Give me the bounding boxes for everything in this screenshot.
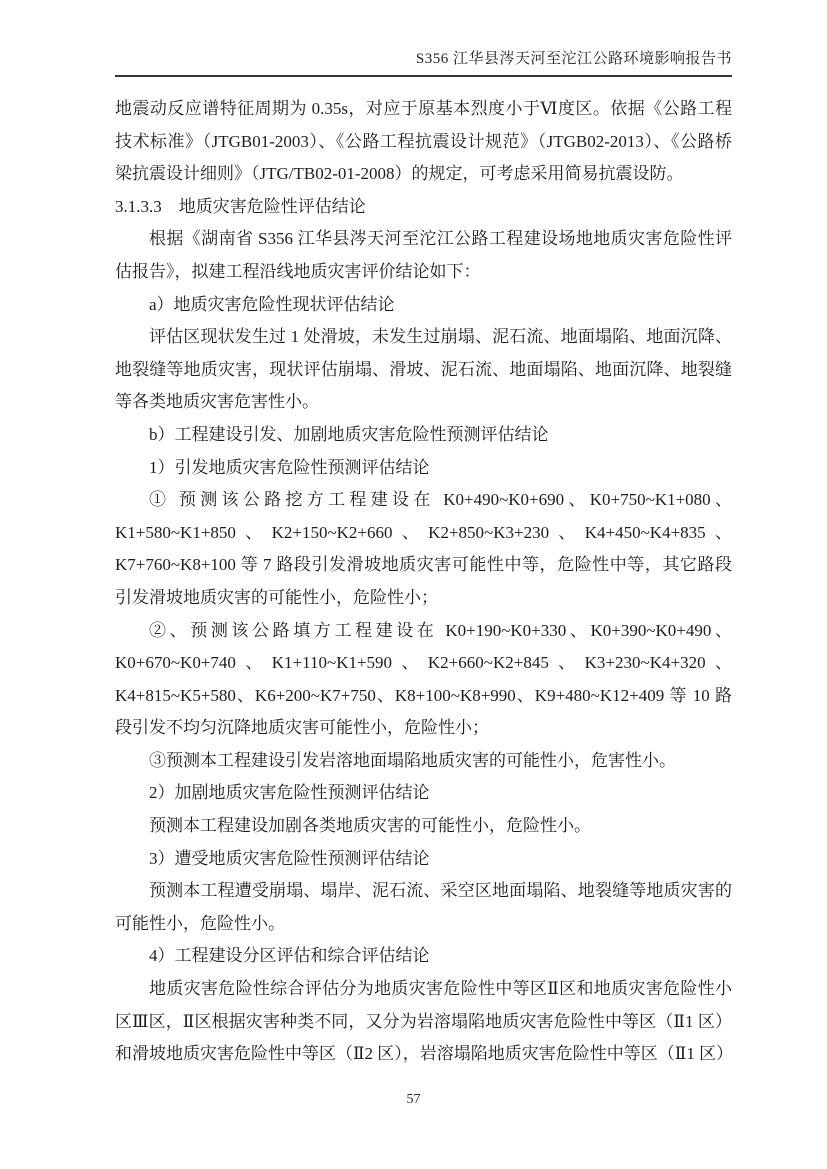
paragraph: ②、预测该公路填方工程建设在 K0+190~K0+330、K0+390~K0+4…	[115, 615, 732, 745]
paragraph: 1）引发地质灾害危险性预测评估结论	[115, 452, 732, 485]
section-heading: 3.1.3.3 地质灾害危险性评估结论	[115, 191, 732, 224]
running-title: S356 江华县涔天河至沱江公路环境影响报告书	[416, 51, 732, 67]
paragraph: 预测本工程遭受崩塌、塌岸、泥石流、采空区地面塌陷、地裂缝等地质灾害的可能性小，危…	[115, 875, 732, 940]
paragraph: b）工程建设引发、加剧地质灾害危险性预测评估结论	[115, 419, 732, 452]
paragraph: a）地质灾害危险性现状评估结论	[115, 289, 732, 322]
paragraph: ① 预测该公路挖方工程建设在 K0+490~K0+690、K0+750~K1+0…	[115, 484, 732, 614]
paragraph: 地质灾害危险性综合评估分为地质灾害危险性中等区Ⅱ区和地质灾害危险性小区Ⅲ区，Ⅱ区…	[115, 973, 732, 1071]
paragraph: 3）遭受地质灾害危险性预测评估结论	[115, 843, 732, 876]
paragraph: 2）加剧地质灾害危险性预测评估结论	[115, 777, 732, 810]
document-body: 地震动反应谱特征周期为 0.35s，对应于原基本烈度小于Ⅵ度区。依据《公路工程技…	[115, 93, 732, 1071]
paragraph: 4）工程建设分区评估和综合评估结论	[115, 940, 732, 973]
paragraph: 预测本工程建设加剧各类地质灾害的可能性小，危险性小。	[115, 810, 732, 843]
document-page: S356 江华县涔天河至沱江公路环境影响报告书 地震动反应谱特征周期为 0.35…	[0, 0, 827, 1169]
page-header: S356 江华县涔天河至沱江公路环境影响报告书	[115, 49, 732, 77]
paragraph: 评估区现状发生过 1 处滑坡，未发生过崩塌、泥石流、地面塌陷、地面沉降、地裂缝等…	[115, 321, 732, 419]
page-number: 57	[0, 1092, 827, 1108]
paragraph: 根据《湖南省 S356 江华县涔天河至沱江公路工程建设场地地质灾害危险性评估报告…	[115, 223, 732, 288]
paragraph: ③预测本工程建设引发岩溶地面塌陷地质灾害的可能性小，危害性小。	[115, 745, 732, 778]
paragraph: 地震动反应谱特征周期为 0.35s，对应于原基本烈度小于Ⅵ度区。依据《公路工程技…	[115, 93, 732, 191]
